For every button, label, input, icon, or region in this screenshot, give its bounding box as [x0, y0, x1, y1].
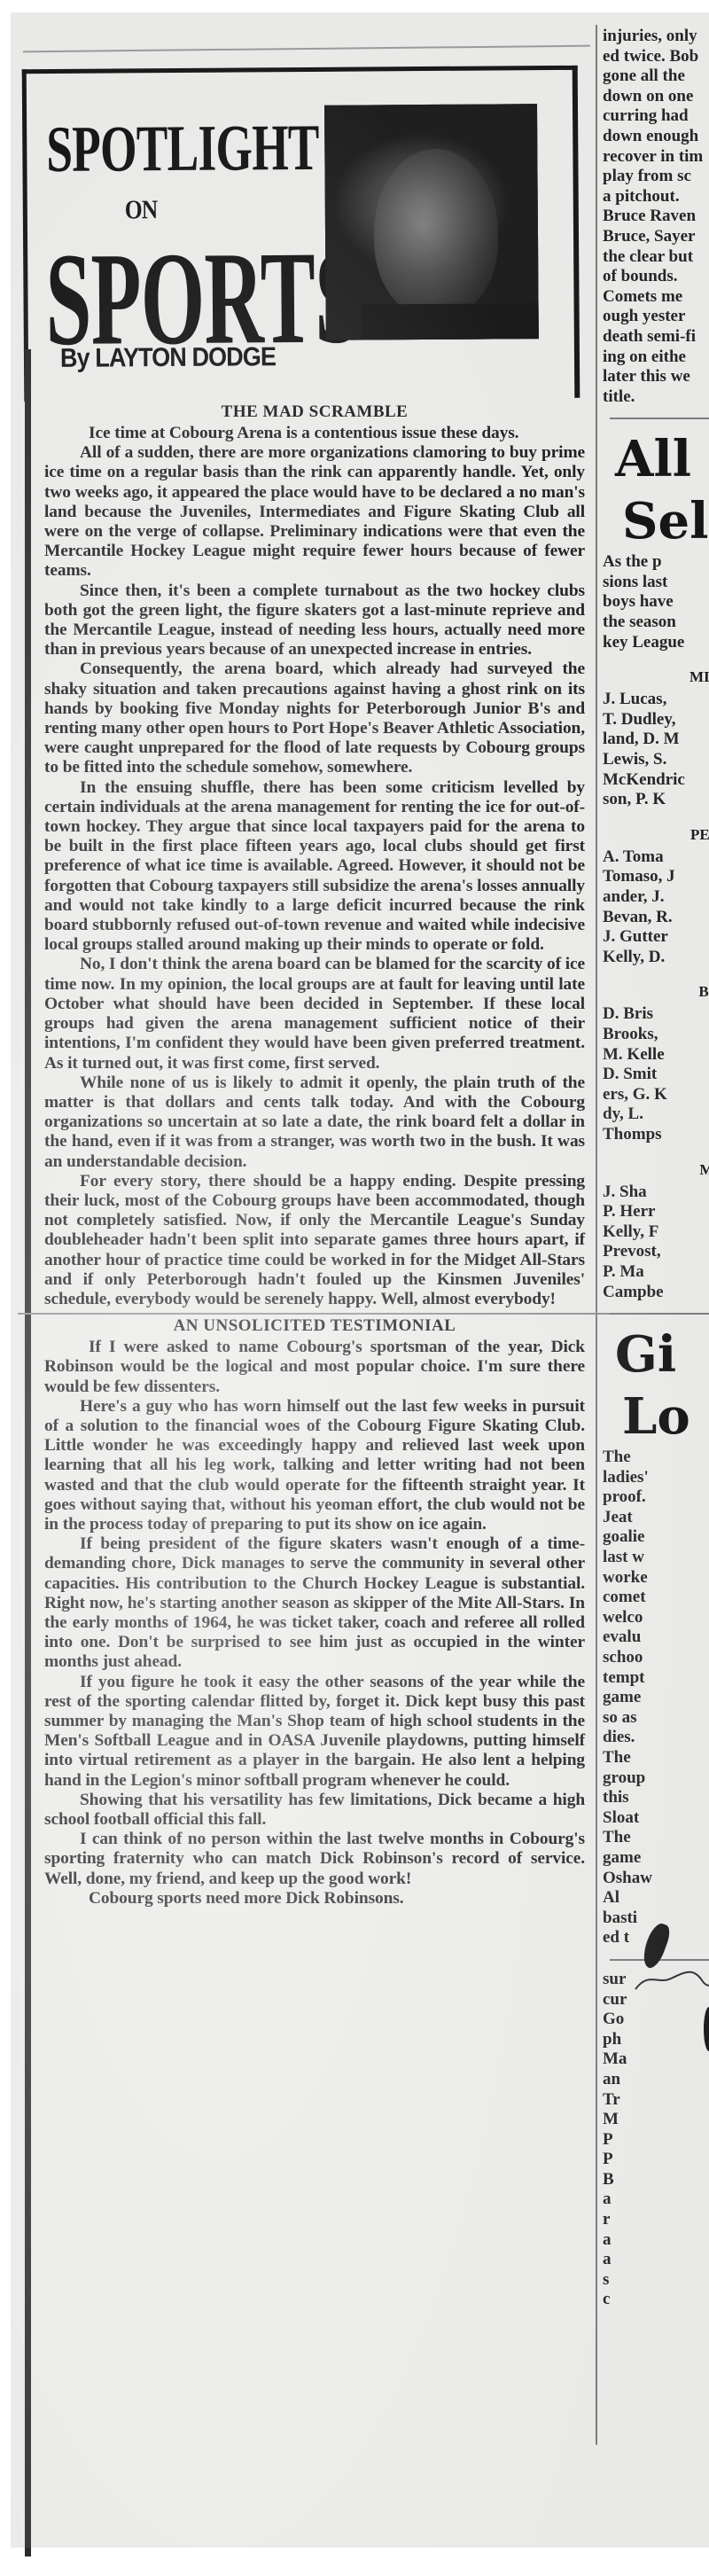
adjacent-column-line: boys have — [603, 592, 709, 613]
adjacent-headline: Gi — [603, 1323, 709, 1386]
adjacent-column-line: this — [603, 1788, 709, 1808]
section-heading: THE MAD SCRAMBLE — [44, 402, 585, 422]
article-paragraph: Consequently, the arena board, which alr… — [44, 660, 585, 777]
adjacent-column-line: Kelly, D. — [603, 948, 709, 968]
top-rule — [23, 45, 590, 53]
ink-blot-mark — [704, 2007, 709, 2051]
newspaper-page: SPOTLIGHT ON SPORTS By LAYTON DODGE THE … — [11, 12, 709, 2548]
adjacent-column-line: D. Bris — [603, 1004, 709, 1025]
article-paragraph: Since then, it's been a complete turnabo… — [44, 582, 585, 660]
adjacent-column-line: P. Herr — [603, 1202, 709, 1222]
article-body: THE MAD SCRAMBLEIce time at Cobourg Aren… — [44, 402, 585, 1909]
adjacent-column-line: McKendric — [603, 770, 709, 791]
adjacent-column-line: proof. — [603, 1487, 709, 1508]
adjacent-column-line: Ma — [603, 2049, 709, 2070]
adjacent-headline: Sel — [603, 490, 709, 552]
column-masthead: SPOTLIGHT ON SPORTS By LAYTON DODGE — [22, 66, 580, 402]
adjacent-column-line: ladies' — [603, 1468, 709, 1488]
adjacent-column-line: Jeat — [603, 1508, 709, 1528]
article-paragraph: Cobourg sports need more Dick Robinsons. — [44, 1889, 585, 1909]
article-paragraph: If being president of the figure skaters… — [44, 1534, 585, 1672]
adjacent-column-line: J. Gutter — [603, 927, 709, 948]
adjacent-column-line: The — [603, 1448, 709, 1468]
adjacent-column-line: Oshaw — [603, 1869, 709, 1889]
adjacent-column-line: death semi-fi — [603, 327, 709, 347]
adjacent-column-line: ed twice. Bob — [603, 47, 709, 67]
adjacent-column-line: recover in tim — [603, 147, 709, 168]
column-divider — [596, 25, 597, 2445]
article-paragraph: If you figure he took it easy the other … — [44, 1673, 585, 1791]
adjacent-column-line: Tr — [603, 2090, 709, 2111]
adjacent-column-line: Go — [603, 2010, 709, 2030]
adjacent-column-line: land, D. M — [603, 730, 709, 750]
adjacent-column-line: Bruce, Sayer — [603, 227, 709, 247]
adjacent-column-line: schoo — [603, 1648, 709, 1668]
adjacent-column-line: c — [603, 2290, 709, 2310]
adjacent-column-line: D. Smit — [603, 1065, 709, 1085]
adjacent-column-line: a — [603, 2250, 709, 2270]
adjacent-column-line: Lewis, S. — [603, 750, 709, 770]
adjacent-subheading: MI — [603, 1161, 709, 1179]
adjacent-column-line: goalie — [603, 1527, 709, 1548]
adjacent-column-line: P — [603, 2130, 709, 2151]
adjacent-subheading: MIT — [603, 668, 709, 686]
adjacent-column-line: ough yester — [603, 307, 709, 327]
adjacent-column-line: last w — [603, 1548, 709, 1568]
article-paragraph: While none of us is likely to admit it o… — [44, 1073, 585, 1172]
section-divider — [18, 1313, 612, 1315]
portrait-collar — [362, 303, 539, 340]
adjacent-column-line: The — [603, 1748, 709, 1768]
adjacent-column-line: comet — [603, 1588, 709, 1608]
adjacent-column-line: Thomps — [603, 1125, 709, 1145]
portrait-face — [373, 148, 498, 317]
adjacent-column-line: The — [603, 1828, 709, 1848]
adjacent-column-line: As the p — [603, 552, 709, 573]
adjacent-subheading: BA — [603, 983, 709, 1001]
adjacent-column-line: Brooks, — [603, 1025, 709, 1045]
adjacent-column-line: key League — [603, 633, 709, 653]
article-paragraph: Here's a guy who has worn himself out th… — [44, 1397, 585, 1534]
adjacent-rule — [610, 418, 709, 419]
adjacent-column-line: an — [603, 2070, 709, 2090]
adjacent-column-line: P. Ma — [603, 1262, 709, 1283]
adjacent-column-line: ers, G. K — [603, 1085, 709, 1105]
adjacent-column-line: Comets me — [603, 287, 709, 308]
adjacent-column-line: evalu — [603, 1628, 709, 1648]
adjacent-column-line: ing on eithe — [603, 347, 709, 368]
adjacent-column-line: ander, J. — [603, 887, 709, 908]
adjacent-column-line: son, P. K — [603, 790, 709, 810]
adjacent-column-line: M — [603, 2110, 709, 2130]
masthead-title-on: ON — [125, 195, 158, 225]
article-paragraph: For every story, there should be a happy… — [44, 1172, 585, 1309]
article-paragraph: All of a sudden, there are more organiza… — [44, 443, 585, 581]
adjacent-column-line: J. Lucas, — [603, 690, 709, 710]
article-paragraph: If I were asked to name Cobourg's sports… — [44, 1338, 585, 1397]
adjacent-column-line: ph — [603, 2030, 709, 2050]
adjacent-column-line: so as — [603, 1708, 709, 1729]
adjacent-column-line: Sloat — [603, 1808, 709, 1829]
adjacent-column-line: Prevost, — [603, 1242, 709, 1262]
adjacent-column-line: Campbe — [603, 1283, 709, 1303]
adjacent-column-line: dies. — [603, 1728, 709, 1748]
adjacent-column-line: J. Sha — [603, 1183, 709, 1203]
section-heading: AN UNSOLICITED TESTIMONIAL — [44, 1316, 585, 1336]
adjacent-column-line: later this we — [603, 367, 709, 387]
adjacent-column-line: B — [603, 2170, 709, 2190]
adjacent-column-line: Kelly, F — [603, 1222, 709, 1243]
adjacent-rule — [610, 1313, 709, 1315]
article-paragraph: Showing that his versatility has few lim… — [44, 1791, 585, 1830]
left-border-rule — [25, 349, 31, 2556]
adjacent-column-line: gone all the — [603, 66, 709, 87]
adjacent-column-line: sions last — [603, 573, 709, 593]
adjacent-column-line: Al — [603, 1888, 709, 1909]
adjacent-column-line: Bevan, R. — [603, 908, 709, 928]
adjacent-subheading: PEE — [603, 826, 709, 844]
adjacent-column-line: of bounds. — [603, 267, 709, 287]
adjacent-column-line: tempt — [603, 1668, 709, 1689]
pen-scribble-mark — [631, 1963, 709, 1998]
adjacent-column-line: A. Toma — [603, 847, 709, 868]
adjacent-column-line: play from sc — [603, 167, 709, 187]
masthead-title-spotlight: SPOTLIGHT — [46, 111, 319, 188]
article-paragraph: I can think of no person within the last… — [44, 1830, 585, 1889]
adjacent-column-line: curring had — [603, 106, 709, 127]
adjacent-headline: Lo — [603, 1386, 709, 1448]
adjacent-column-line: dy, L. — [603, 1105, 709, 1125]
article-paragraph: In the ensuing shuffle, there has been s… — [44, 778, 585, 956]
adjacent-column-line: game — [603, 1848, 709, 1869]
adjacent-headline: All — [603, 428, 709, 490]
adjacent-column-line: M. Kelle — [603, 1045, 709, 1066]
article-paragraph: No, I don't think the arena board can be… — [44, 955, 585, 1073]
adjacent-column-line: injuries, only — [603, 27, 709, 47]
adjacent-column-line: title. — [603, 387, 709, 408]
adjacent-column-line: down on one — [603, 87, 709, 107]
adjacent-column-line: a — [603, 2190, 709, 2210]
adjacent-column-line: the season — [603, 613, 709, 633]
adjacent-column-line: s — [603, 2270, 709, 2291]
adjacent-column-line: group — [603, 1768, 709, 1789]
article-paragraph: Ice time at Cobourg Arena is a contentio… — [44, 424, 585, 443]
adjacent-column-line: welco — [603, 1608, 709, 1628]
author-portrait-photo — [324, 104, 539, 340]
adjacent-column-line: T. Dudley, — [603, 710, 709, 730]
adjacent-column-line: a — [603, 2230, 709, 2251]
adjacent-column-line: r — [603, 2210, 709, 2230]
adjacent-column-line: game — [603, 1688, 709, 1708]
byline: By LAYTON DODGE — [60, 342, 276, 374]
adjacent-column-line: worke — [603, 1568, 709, 1589]
adjacent-column-line: P — [603, 2150, 709, 2170]
adjacent-column-line: Tomaso, J — [603, 867, 709, 887]
adjacent-column-line: the clear but — [603, 247, 709, 268]
adjacent-column-line: down enough — [603, 127, 709, 147]
adjacent-column-line: a pitchout. — [603, 187, 709, 207]
adjacent-column-line: Bruce Raven — [603, 207, 709, 227]
